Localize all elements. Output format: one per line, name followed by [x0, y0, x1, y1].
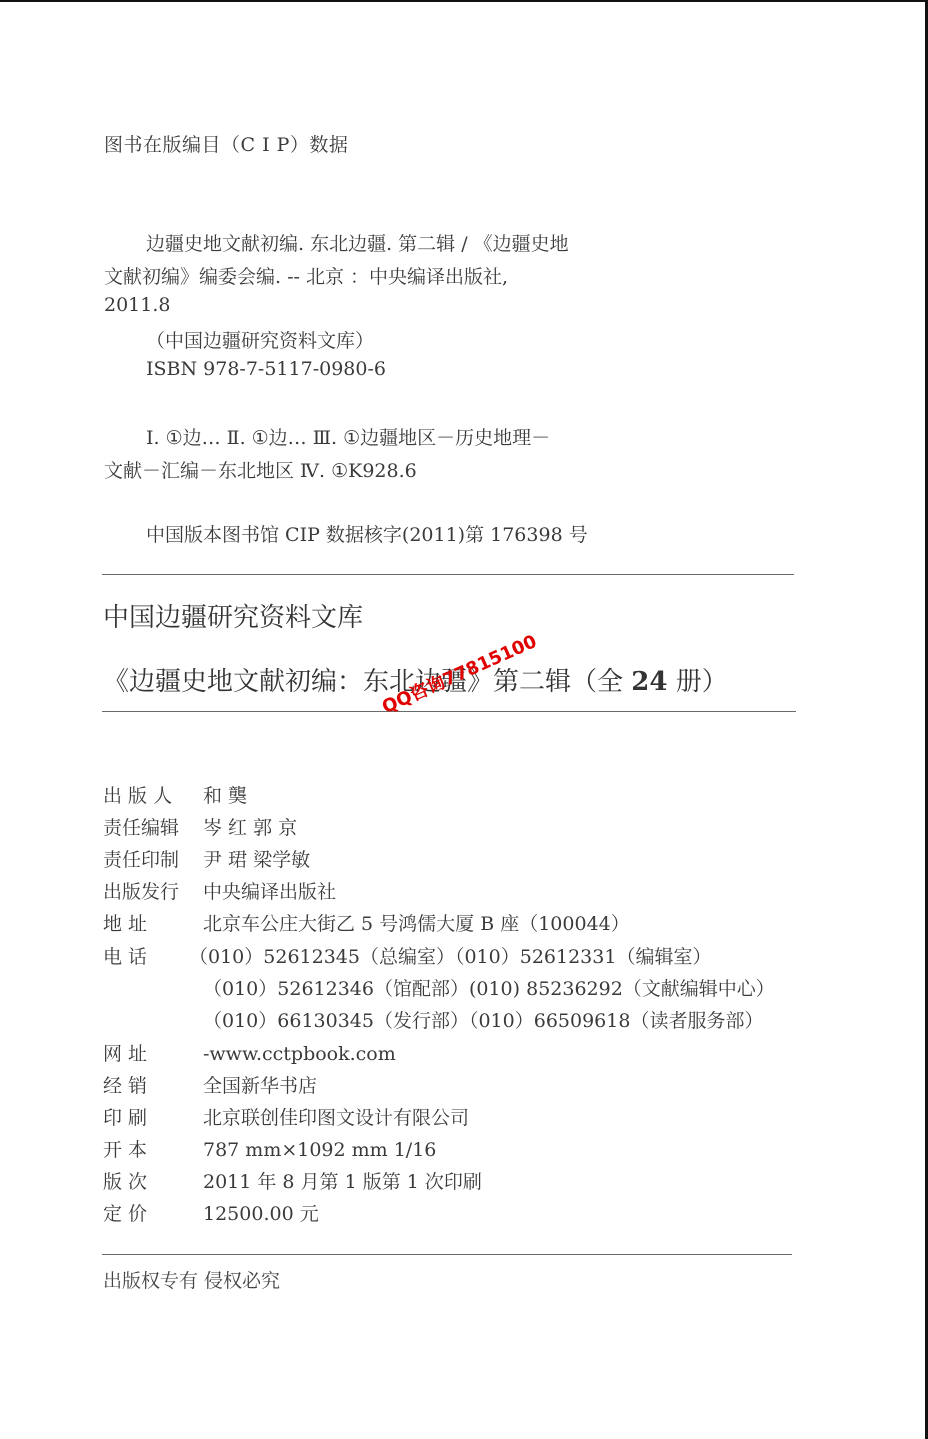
info-label: 出 版 人: [103, 781, 203, 808]
info-value: 中央编译出版社: [203, 877, 336, 904]
info-value: 北京车公庄大街乙 5 号鸿儒大厦 B 座（100044）: [203, 909, 630, 936]
info-value: （010）52612345（总编室）（010）52612331（编辑室）: [189, 942, 711, 969]
info-label: 开 本: [103, 1135, 203, 1162]
info-label: 电 话: [103, 942, 189, 969]
book-title-suffix: 册）: [667, 667, 727, 697]
info-value: 全国新华书店: [203, 1071, 317, 1098]
cip-line: 2011.8: [104, 294, 170, 316]
info-label: 经 销: [103, 1071, 203, 1098]
info-value: 尹 珺 梁学敏: [203, 845, 310, 872]
info-row-price: 定 价12500.00 元: [103, 1199, 319, 1229]
series-title: 中国边疆研究资料文库: [103, 597, 363, 634]
info-row-format: 开 本787 mm×1092 mm 1/16: [103, 1135, 436, 1165]
info-row-phone-cont: （010）52612346（馆配部）(010) 85236292（文献编辑中心）: [103, 974, 775, 1004]
info-value: （010）52612346（馆配部）(010) 85236292（文献编辑中心）: [203, 974, 775, 1001]
website-link[interactable]: -www.cctpbook.com: [203, 1043, 396, 1065]
info-value: 北京联创佳印图文设计有限公司: [203, 1103, 469, 1130]
info-label: 责任印制: [103, 845, 203, 872]
info-label: 出版发行: [103, 877, 203, 904]
cip-line: 边疆史地文献初编. 东北边疆. 第二辑 / 《边疆史地: [146, 229, 569, 256]
info-label: 版 次: [103, 1167, 203, 1194]
cip-line: 文献初编》编委会编. -- 北京 ：中央编译出版社,: [104, 262, 508, 289]
info-row-distributor: 出版发行中央编译出版社: [103, 877, 336, 907]
cip-series-line: （中国边疆研究资料文库）: [146, 326, 374, 353]
info-value: 12500.00 元: [203, 1199, 319, 1226]
info-value: 岑 红 郭 京: [203, 813, 297, 840]
info-label: 网 址: [103, 1039, 203, 1066]
info-row-publisher: 出 版 人和 龑: [103, 781, 247, 811]
cip-classification: Ⅰ. ①边… Ⅱ. ①边… Ⅲ. ①边疆地区－历史地理－: [146, 423, 550, 450]
info-row-editor: 责任编辑岑 红 郭 京: [103, 813, 297, 843]
divider: [102, 1254, 792, 1255]
info-label: 定 价: [103, 1199, 203, 1226]
info-label: 地 址: [103, 909, 203, 936]
info-row-seller: 经 销全国新华书店: [103, 1071, 317, 1101]
info-row-phone: 电 话（010）52612345（总编室）（010）52612331（编辑室）: [103, 942, 711, 972]
info-label: 责任编辑: [103, 813, 203, 840]
info-value: 2011 年 8 月第 1 版第 1 次印刷: [203, 1167, 482, 1194]
info-value: 787 mm×1092 mm 1/16: [203, 1139, 436, 1161]
info-value: （010）66130345（发行部）（010）66509618（读者服务部）: [203, 1006, 763, 1033]
info-row-website: 网 址-www.cctpbook.com: [103, 1039, 396, 1069]
cip-heading: 图书在版编目（C I P）数据: [104, 130, 348, 157]
cip-record-number: 中国版本图书馆 CIP 数据核字(2011)第 176398 号: [146, 520, 588, 547]
info-row-address: 地 址北京车公庄大街乙 5 号鸿儒大厦 B 座（100044）: [103, 909, 630, 939]
book-title-main: 《边疆史地文献初编：东北边疆》第二辑（全: [103, 667, 631, 697]
info-value: 和 龑: [203, 781, 247, 808]
info-row-phone-cont: （010）66130345（发行部）（010）66509618（读者服务部）: [103, 1006, 763, 1036]
copyright-notice: 出版权专有 侵权必究: [103, 1266, 280, 1293]
divider: [102, 574, 794, 575]
divider: [102, 711, 796, 712]
page-border-top: [0, 0, 928, 2]
info-row-print-supervisor: 责任印制尹 珺 梁学敏: [103, 845, 310, 875]
info-label: 印 刷: [103, 1103, 203, 1130]
book-title-volumes: 24: [631, 667, 667, 697]
info-row-printer: 印 刷北京联创佳印图文设计有限公司: [103, 1103, 469, 1133]
isbn: ISBN 978-7-5117-0980-6: [146, 358, 386, 380]
info-row-edition: 版 次2011 年 8 月第 1 版第 1 次印刷: [103, 1167, 482, 1197]
cip-classification: 文献－汇编－东北地区 Ⅳ. ①K928.6: [104, 456, 417, 483]
